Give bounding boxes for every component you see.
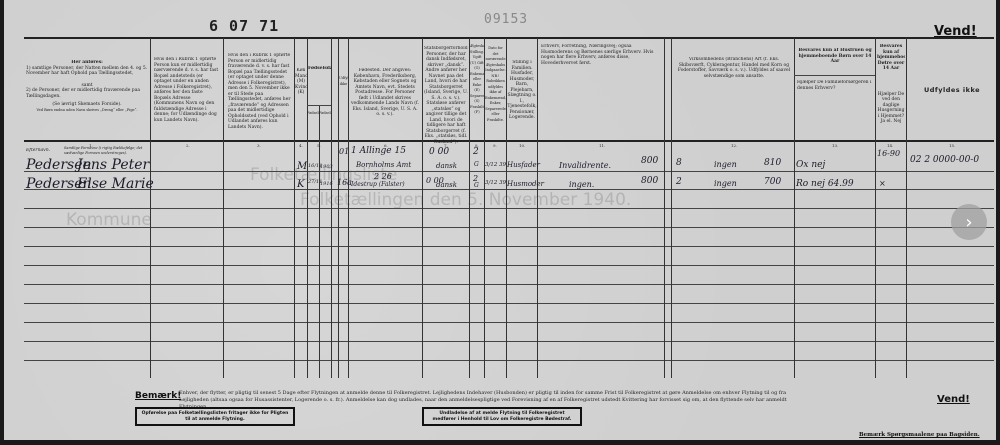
row1-industry-num: 810 xyxy=(764,158,781,168)
row-line xyxy=(24,246,994,247)
header-col9-marriage-date: Dato for det nuværende Ægteskabs Indgaae… xyxy=(485,46,506,123)
ghost-subtitle: Folketællingen den 5. November 1940. xyxy=(300,190,631,210)
row-line xyxy=(24,208,994,209)
row1-occupation: Invalidrente. xyxy=(559,161,611,170)
col-number-12: 12. xyxy=(731,143,737,148)
row1-birth-year: 1903 xyxy=(320,164,333,170)
header-col13: Hjælper De Familieforsørgeren i dennes E… xyxy=(797,80,873,91)
header-col10-family-role: Stilling i Familien. Husfader, Husmoder,… xyxy=(507,60,537,121)
row2-birth-year: 1916 xyxy=(320,181,333,187)
col-number-3: 3. xyxy=(257,143,261,148)
row1-firstnames: Jens Peter xyxy=(77,157,149,173)
row1-family-role: Husfader xyxy=(507,161,540,169)
header-col12-industry: Virksomhedens (Branchens) Art (f. Eks. S… xyxy=(676,57,792,79)
subheader-divider xyxy=(794,75,875,76)
footer-bottom-note: Bemærk Spørgsmaalene paa Bagsiden. xyxy=(859,432,980,438)
row-line xyxy=(24,284,994,285)
archive-stamp: 6 07 71 xyxy=(209,17,279,35)
col-divider xyxy=(537,38,538,378)
next-page-button[interactable]: › xyxy=(951,204,987,240)
row1-udfyld-code: 01 xyxy=(339,147,349,156)
chevron-right-icon: › xyxy=(965,212,972,233)
row-line xyxy=(24,265,994,266)
col-divider xyxy=(150,38,151,378)
subheader-divider xyxy=(307,105,331,106)
row2-occupation: ingen. xyxy=(569,180,594,189)
col-divider xyxy=(307,38,308,378)
row2-marital: G xyxy=(474,182,479,189)
row1-industry-code: 8 xyxy=(676,158,682,168)
row1-birthplace: Bornholms Amt xyxy=(356,161,411,169)
header-bottom-rule xyxy=(24,140,994,142)
row1-industry: ingen xyxy=(714,160,737,169)
footer-box-left: Opførelse paa Folketællingslisten fritag… xyxy=(135,407,295,426)
subheader-efternavn: Efternavn. xyxy=(26,148,56,154)
col-divider xyxy=(875,38,876,378)
col-number-13: 13. xyxy=(832,143,838,148)
col-number-9: 9. xyxy=(493,143,497,148)
col-divider xyxy=(223,38,224,378)
row2-industry-num: 700 xyxy=(764,177,781,187)
row-line xyxy=(24,341,994,342)
col-number-11: 11. xyxy=(599,143,605,148)
col-divider xyxy=(331,38,332,378)
row1-marriage-date: 3/12 39 xyxy=(485,162,506,168)
header-udfyldes: Udfyldes ikke xyxy=(339,76,348,87)
col-divider xyxy=(348,38,349,378)
header-col7-citizenship: Statsborgerforhold. Personer, der har da… xyxy=(424,46,468,145)
col-number-10: 10. xyxy=(519,143,525,148)
row2-industry: ingen xyxy=(714,179,737,188)
row2-udfyld-code: 16a xyxy=(337,178,352,187)
row-line xyxy=(24,171,994,172)
col-divider xyxy=(422,38,423,378)
header-top-rule xyxy=(24,37,994,39)
header-col11-occupation: Erhverv, Forretning, Næringsvej; ogsaa H… xyxy=(541,44,661,66)
header-col5-birthdate: Fødselsdato xyxy=(308,66,331,72)
row1-citizenship-code: 0 00 xyxy=(429,147,449,157)
col-divider xyxy=(906,38,907,378)
header-col1: Her anføres: 1) samtlige Personer, der N… xyxy=(26,60,148,113)
row2-occupation-code: 800 xyxy=(641,176,658,186)
row-line xyxy=(24,322,994,323)
header-col8-marital: Ægteskabelig Stilling. Ugift (U) Gift (G… xyxy=(470,44,484,116)
row1-helps-provider: Ox nej xyxy=(796,160,825,170)
row1-sex: M xyxy=(297,161,307,172)
header-col3: Hvis den i Rubrik 1 opførte Person er mi… xyxy=(228,53,292,130)
row-line xyxy=(24,303,994,304)
row1-marital: G xyxy=(474,161,479,168)
vend-label-bottom: Vend! xyxy=(937,394,970,405)
col-number-15: 15. xyxy=(949,143,955,148)
col-divider xyxy=(671,38,672,378)
col-number-5: 5. xyxy=(317,143,321,148)
header-col4-sex: Køn Mand (M) Kvinde (K) xyxy=(295,68,307,96)
row2-birthplace: Idestrup (Falster) xyxy=(351,181,405,188)
row2-industry-code: 2 xyxy=(676,177,682,187)
header-col5a-day: Fødselsdag xyxy=(307,111,319,117)
census-form-page: Folketællingsliste Folketællingen den 5.… xyxy=(4,0,996,440)
row1-marital-code: 2 xyxy=(473,147,479,157)
footer-bemaerk: Bemærk! xyxy=(135,391,181,401)
header-col2: Hvis den i Rubrik 1 opførte Person kun e… xyxy=(154,57,220,123)
header-col14: Besvares kun af hjemmeboende Døtre over … xyxy=(877,44,905,125)
subheader-fornavne: Samtlige Fornavne (i rigtig Rækkefølge; … xyxy=(64,146,149,155)
faint-stamp: 09153 xyxy=(484,12,528,27)
footer-box-right: Undladelse af at melde Flytning til Folk… xyxy=(422,407,582,426)
row2-birthplace-code: 2 26 xyxy=(374,172,392,181)
header-col5b-year: Fødselsaar xyxy=(319,111,331,117)
row2-firstnames: Else Marie xyxy=(77,176,154,192)
col-number-14: 14. xyxy=(887,143,893,148)
row2-family-role: Husmoder xyxy=(507,180,544,188)
row1-col14: 16-90 xyxy=(877,149,900,158)
row1-col15-code: 02 2 0000-00-0 xyxy=(910,155,979,165)
row-line xyxy=(24,189,994,190)
row2-sex: K xyxy=(297,179,304,190)
col-number-2: 2. xyxy=(186,143,190,148)
row1-birthplace-code: 1 Allinge 15 xyxy=(351,146,406,156)
header-col15-udfyldes: Udfyldes ikke xyxy=(924,86,980,94)
row-line xyxy=(24,227,994,228)
row2-citizenship: dansk xyxy=(436,181,457,189)
row-line xyxy=(24,360,994,361)
header-col6-birthplace: Fødested. Der angives: København, Freder… xyxy=(350,68,420,118)
row1-occupation-code: 800 xyxy=(641,156,658,166)
col-divider xyxy=(338,38,339,378)
row1-citizenship: dansk xyxy=(436,162,457,170)
header-col13-top: Besvares kun af Husfruen og hjemmeboende… xyxy=(797,48,873,65)
row2-helps-provider: Ro nej 64.99 xyxy=(796,179,854,189)
col-divider xyxy=(794,38,795,378)
col-number-4: 4. xyxy=(299,143,303,148)
col-divider xyxy=(664,38,665,378)
row2-col14: × xyxy=(879,179,886,188)
row2-marriage-date: 3/12 39 xyxy=(485,180,506,186)
